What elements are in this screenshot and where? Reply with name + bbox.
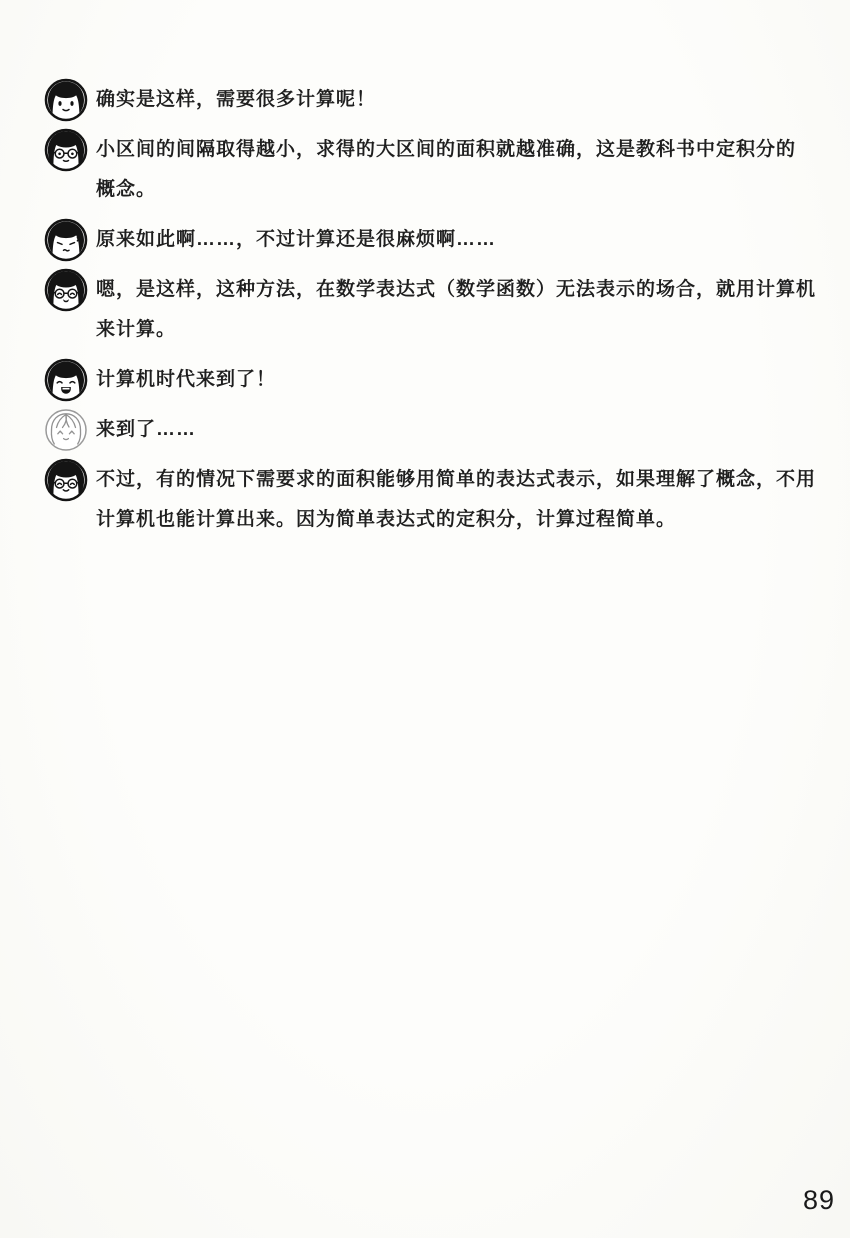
dialogue-row: 原来如此啊……，不过计算还是很麻烦啊…… [44,220,850,260]
avatar-glasses-girl-smile-icon [44,458,88,502]
dialogue-row: 确实是这样，需要很多计算呢！ [44,80,850,120]
avatar-light-hair-girl-happy-icon [44,408,88,452]
dialogue-text: 嗯，是这样，这种方法，在数学表达式（数学函数）无法表示的场合，就用计算机 来计算… [96,270,820,350]
page-number: 89 [803,1185,835,1216]
dialogue-row: 不过，有的情况下需要求的面积能够用简单的表达式表示，如果理解了概念，不用 计算机… [44,460,850,540]
dialogue-text: 小区间的间隔取得越小，求得的大区间的面积就越准确，这是教科书中定积分的 概念。 [96,130,820,210]
avatar-glasses-girl-smile-icon [44,268,88,312]
dialogue-row: 小区间的间隔取得越小，求得的大区间的面积就越准确，这是教科书中定积分的 概念。 [44,130,850,210]
dialogue-row: 嗯，是这样，这种方法，在数学表达式（数学函数）无法表示的场合，就用计算机 来计算… [44,270,850,350]
dialogue-text: 来到了…… [96,410,820,450]
dialogue-text: 原来如此啊……，不过计算还是很麻烦啊…… [96,220,820,260]
avatar-dark-hair-girl-excited-icon [44,358,88,402]
avatar-dark-hair-girl-worried-icon [44,218,88,262]
avatar-dark-hair-girl-smile-icon [44,78,88,122]
dialogue-row: 来到了…… [44,410,850,450]
book-page: 确实是这样，需要很多计算呢！ 小区间的间隔取得越小，求得的大区间的面积就越准确，… [0,0,850,1238]
dialogue-text: 计算机时代来到了！ [96,360,820,400]
dialogue-text: 不过，有的情况下需要求的面积能够用简单的表达式表示，如果理解了概念，不用 计算机… [96,460,820,540]
dialogue-row: 计算机时代来到了！ [44,360,850,400]
avatar-glasses-girl-neutral-icon [44,128,88,172]
dialogue-text: 确实是这样，需要很多计算呢！ [96,80,820,120]
